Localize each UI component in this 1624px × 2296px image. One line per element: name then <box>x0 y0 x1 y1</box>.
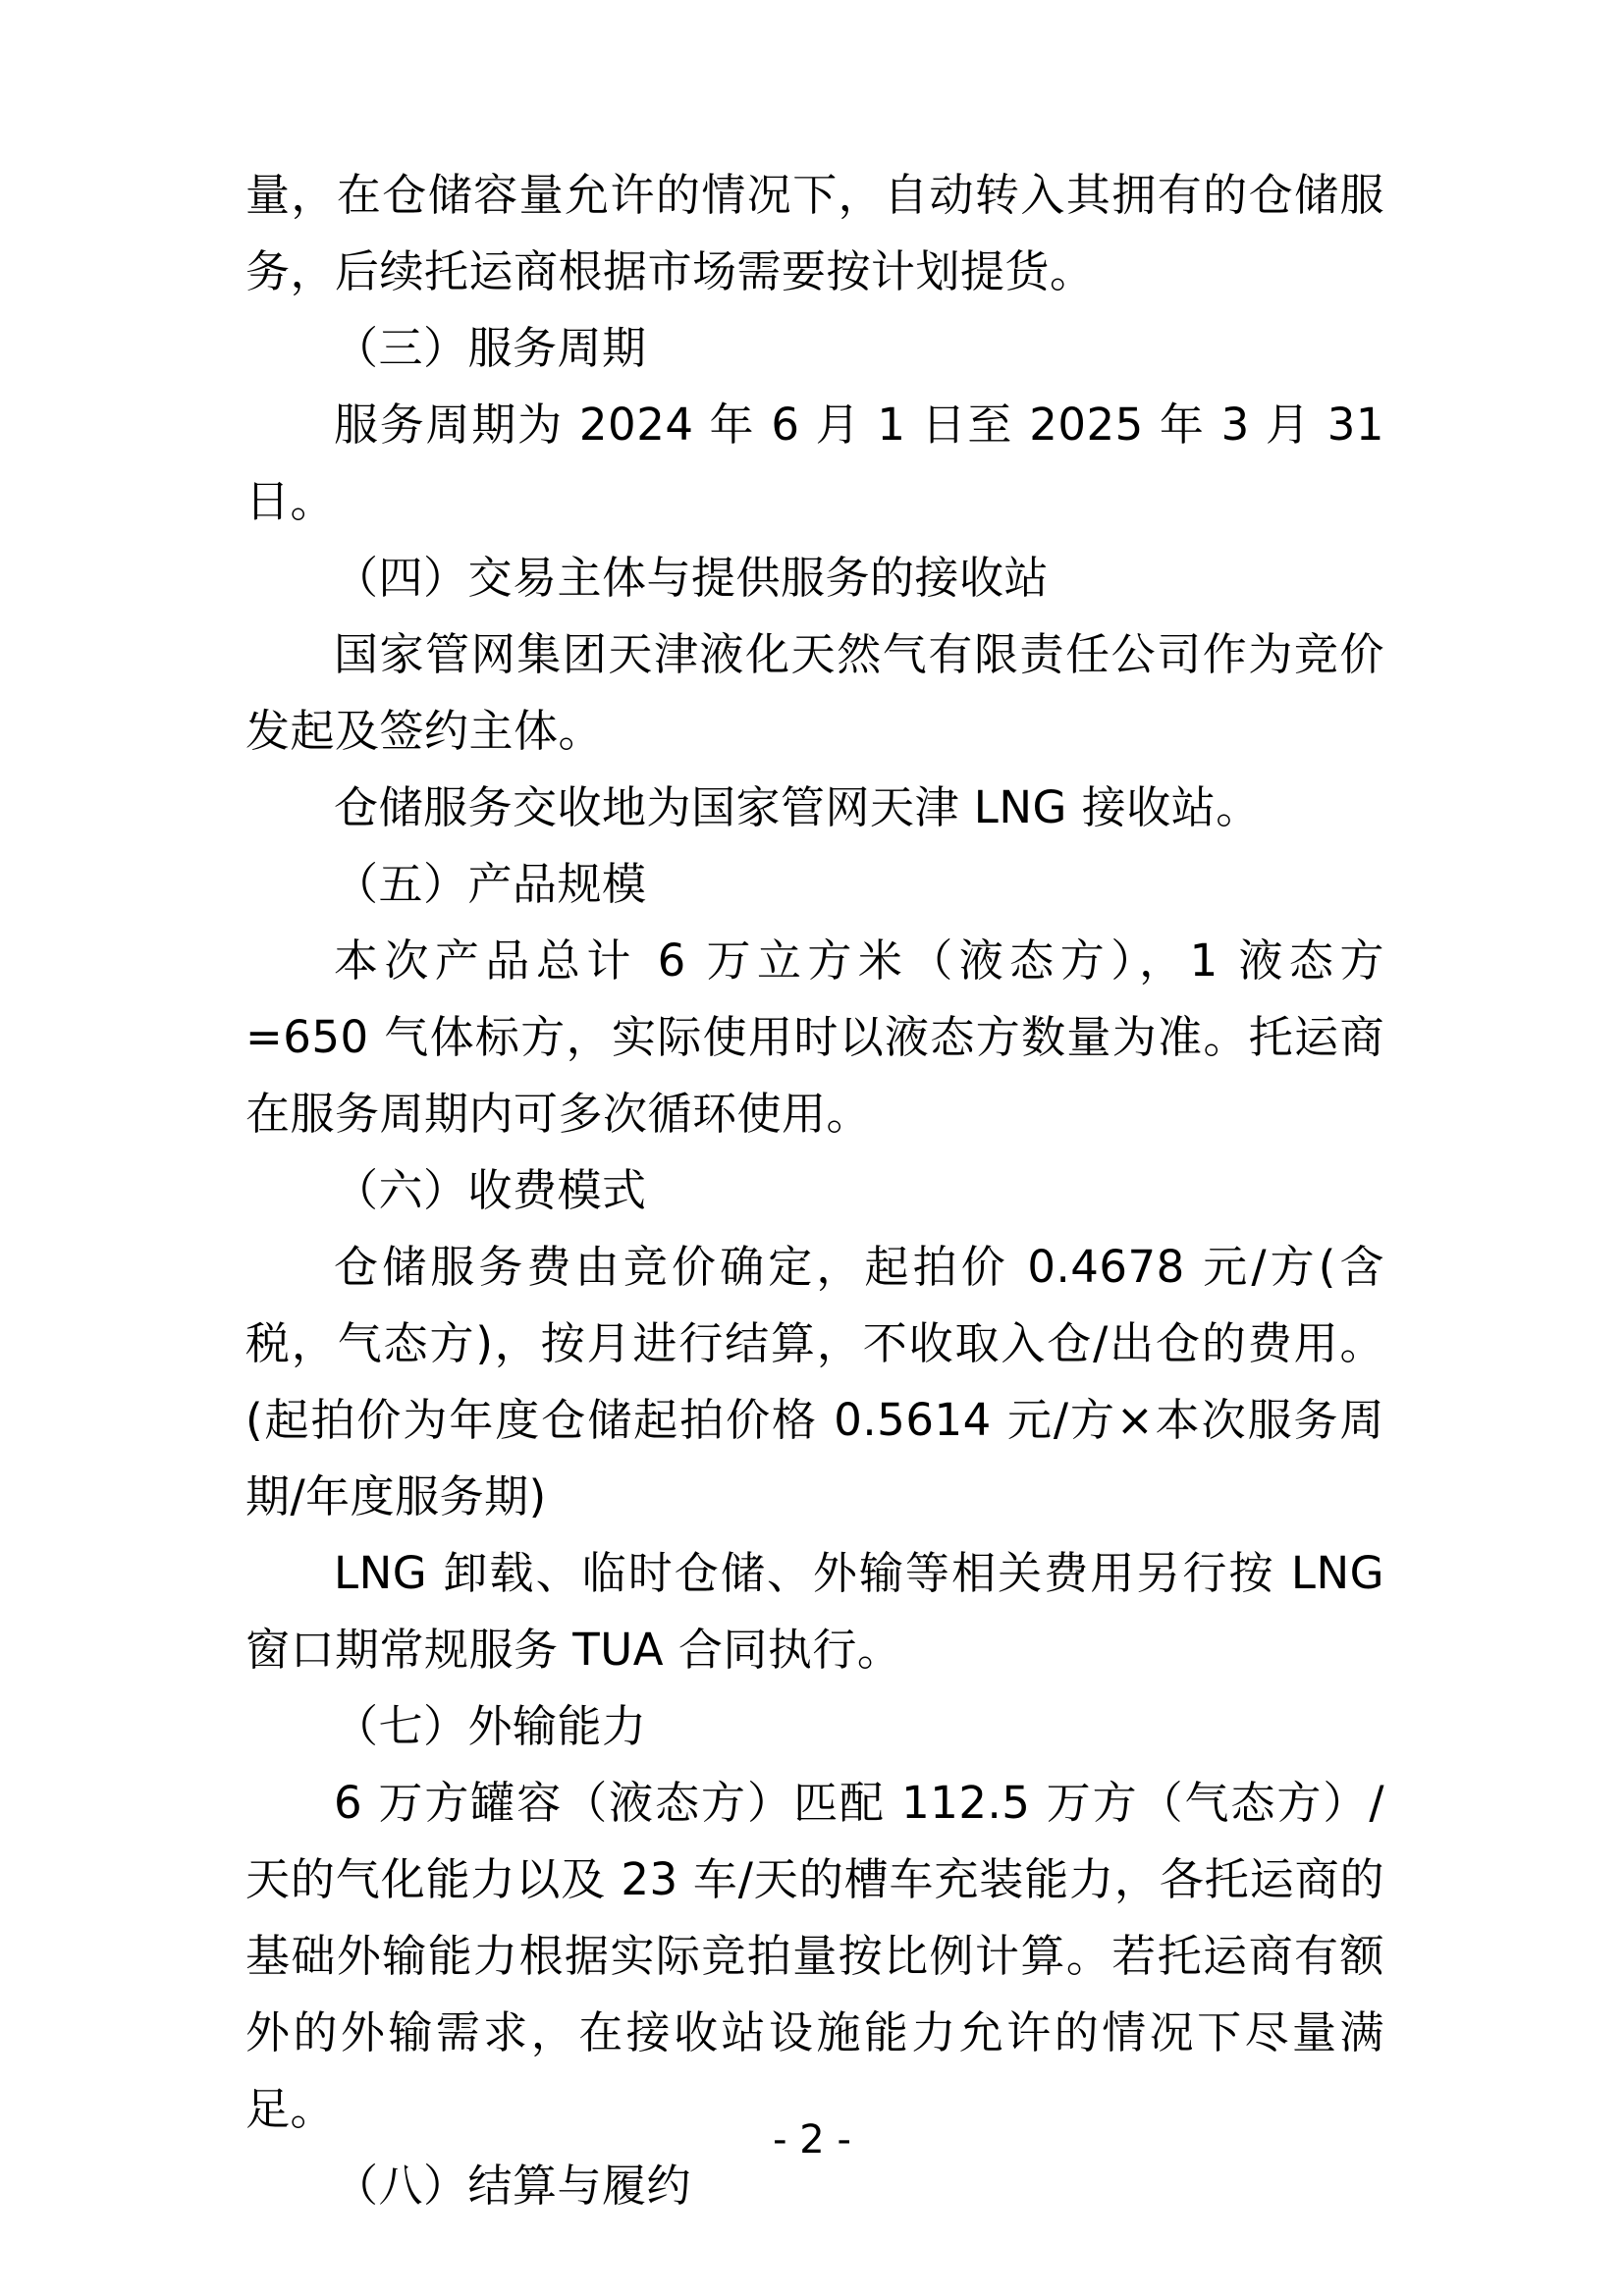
paragraph-delivery-location: 仓储服务交收地为国家管网天津 LNG 接收站。 <box>245 770 1384 846</box>
page-number: - 2 - <box>0 2110 1624 2169</box>
paragraph-send-out-capacity: 6 万方罐容（液态方）匹配 112.5 万方（气态方）/天的气化能力以及 23 … <box>245 1765 1384 2148</box>
paragraph-service-period: 服务周期为 2024 年 6 月 1 日至 2025 年 3 月 31 日。 <box>245 387 1384 540</box>
paragraph-additional-fees: LNG 卸载、临时仓储、外输等相关费用另行按 LNG 窗口期常规服务 TUA 合… <box>245 1535 1384 1688</box>
paragraph-storage-transfer: 量，在仓储容量允许的情况下，自动转入其拥有的仓储服务，后续托运商根据市场需要按计… <box>245 157 1384 310</box>
heading-service-period: （三）服务周期 <box>245 310 1384 387</box>
heading-send-out-capacity: （七）外输能力 <box>245 1688 1384 1765</box>
paragraph-fee-model: 仓储服务费由竞价确定，起拍价 0.4678 元/方(含税，气态方)，按月进行结算… <box>245 1229 1384 1535</box>
paragraph-trading-entity: 国家管网集团天津液化天然气有限责任公司作为竞价发起及签约主体。 <box>245 616 1384 770</box>
heading-trading-entity: （四）交易主体与提供服务的接收站 <box>245 540 1384 616</box>
heading-product-scale: （五）产品规模 <box>245 846 1384 923</box>
document-body: 量，在仓储容量允许的情况下，自动转入其拥有的仓储服务，后续托运商根据市场需要按计… <box>245 157 1384 2224</box>
heading-fee-model: （六）收费模式 <box>245 1152 1384 1229</box>
paragraph-product-scale: 本次产品总计 6 万立方米（液态方），1 液态方=650 气体标方，实际使用时以… <box>245 923 1384 1152</box>
